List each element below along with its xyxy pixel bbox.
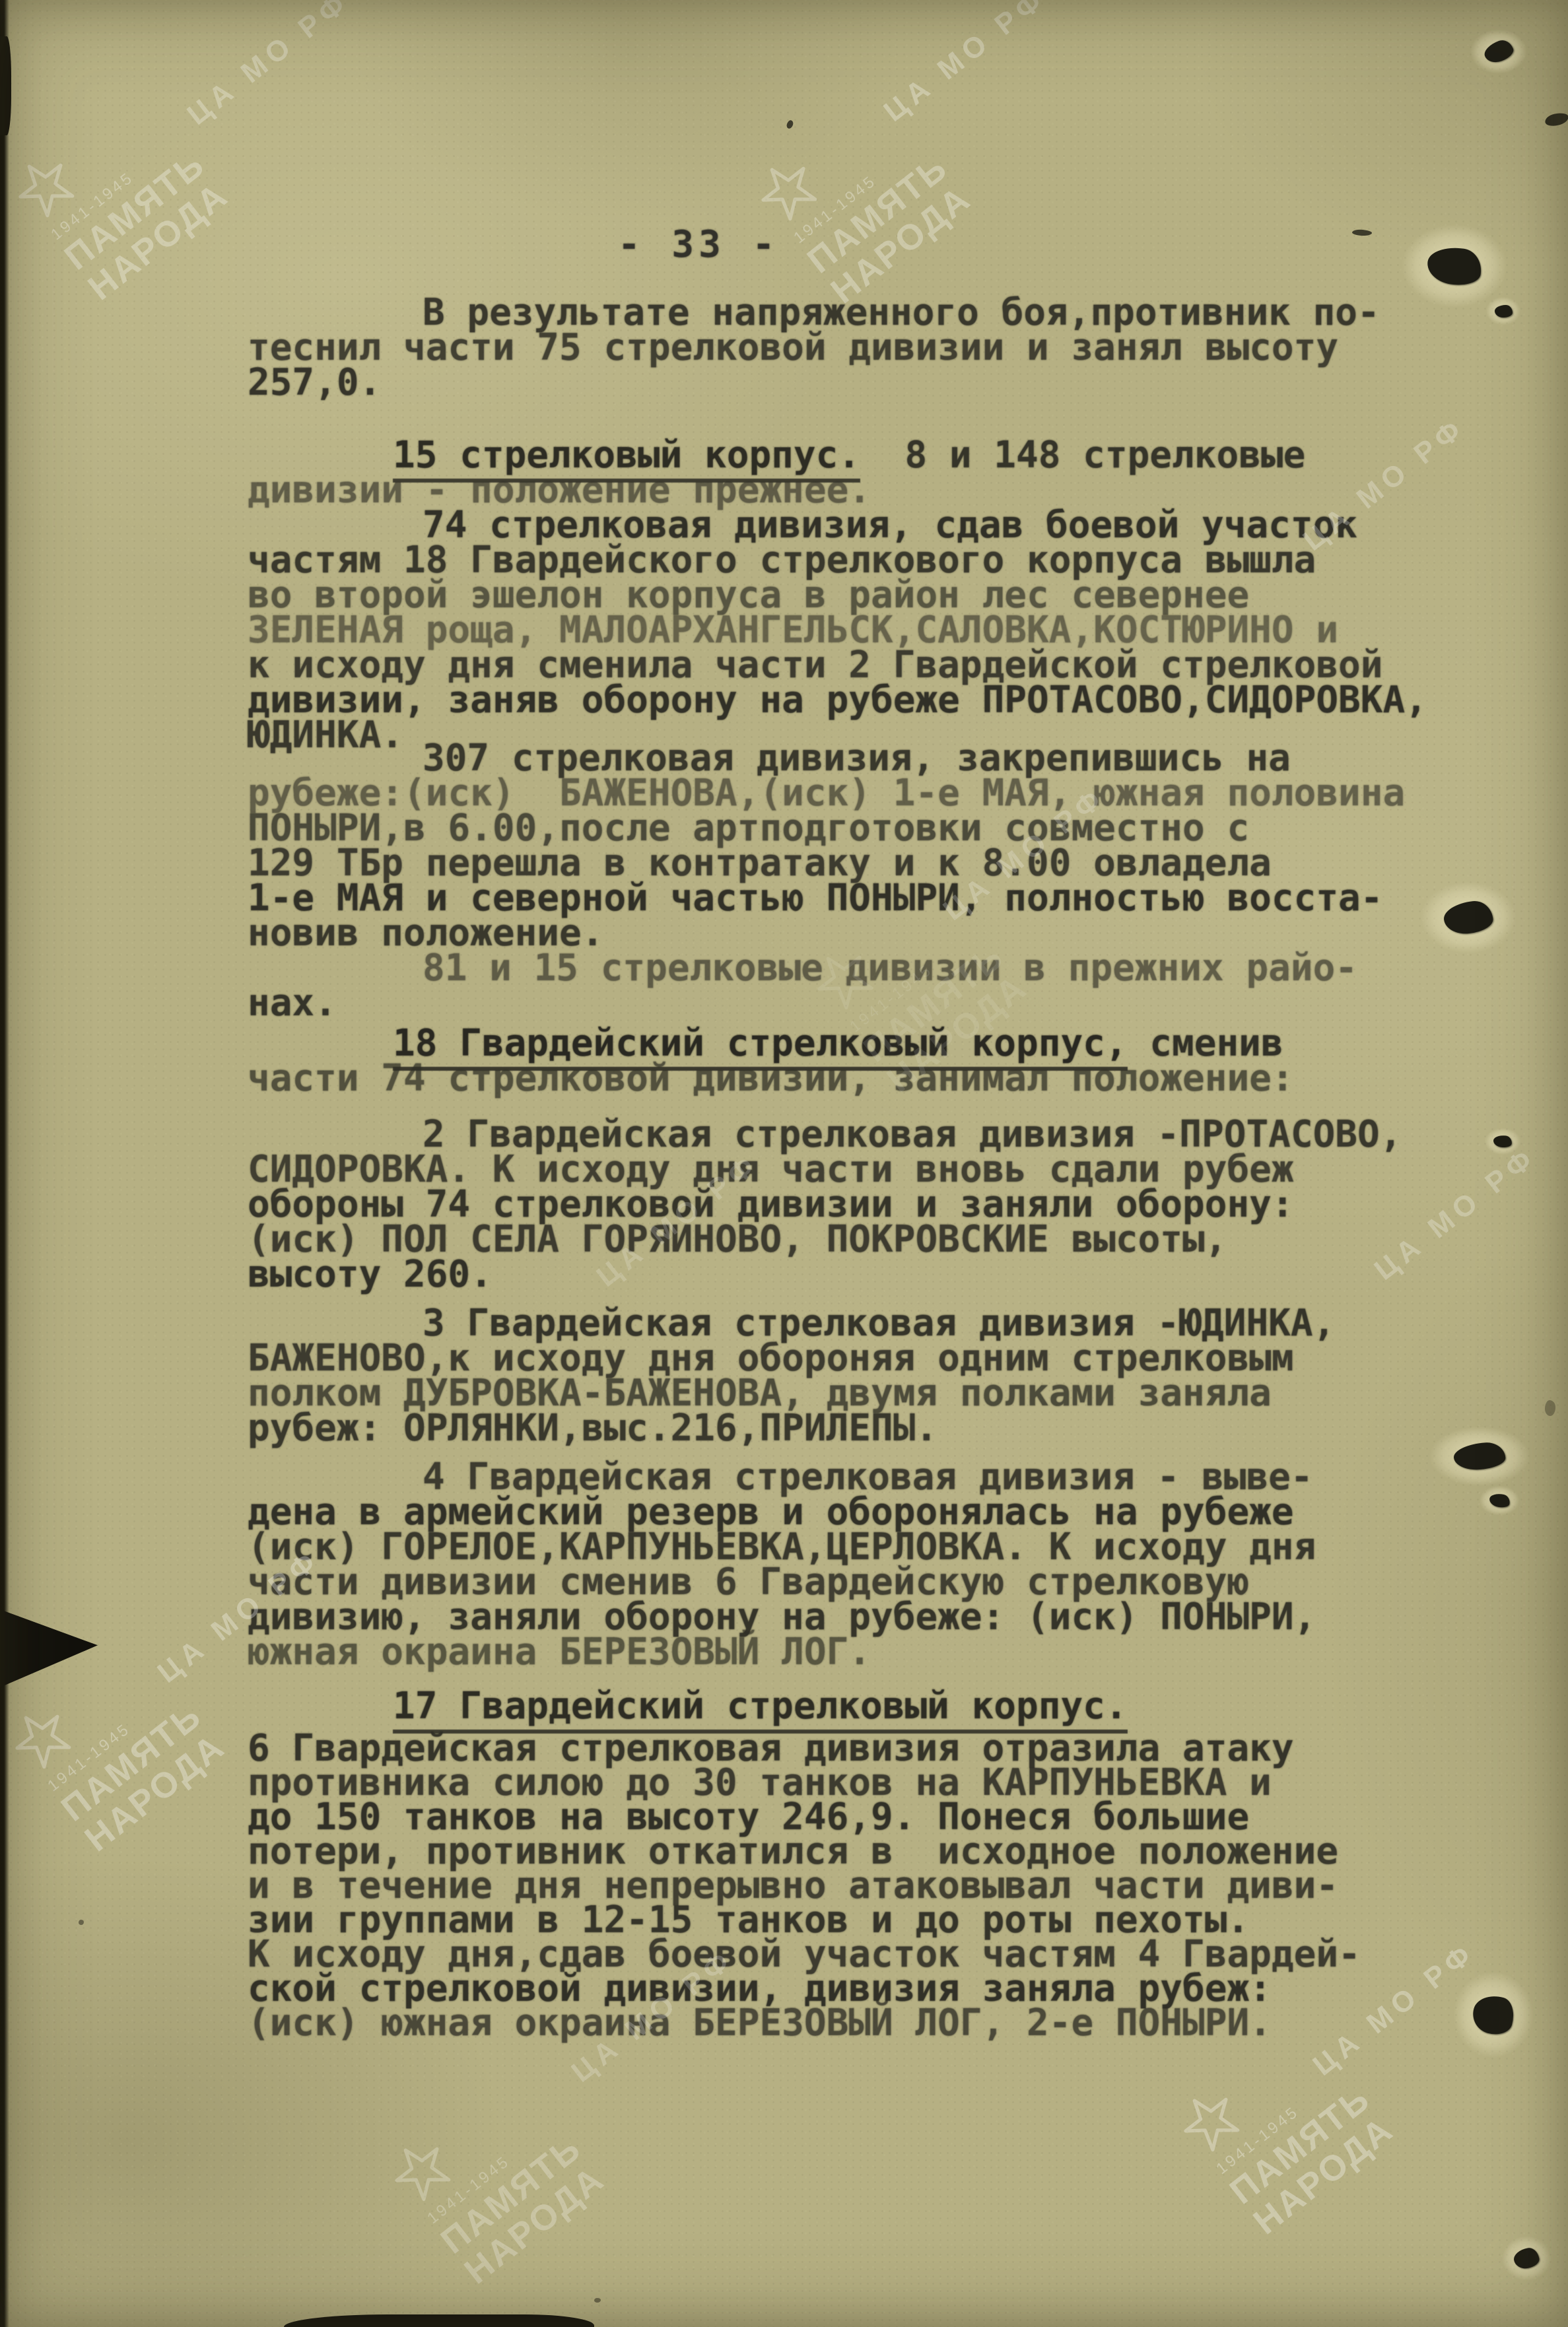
para-3rd-guards-division-line-3: полком ДУБРОВКА-БАЖЕНОВА, двумя полками …	[248, 1376, 1476, 1411]
document-text: В результате напряженного боя,противник …	[0, 0, 1568, 2327]
para-2nd-guards-division: 2 Гвардейская стрелковая дивизия -ПРОТАС…	[248, 1117, 1476, 1292]
para-74th-rifle-division: 74 стрелковая дивизия, сдав боевой участ…	[248, 508, 1476, 753]
para-15th-rifle-corps-heading-line-1: 15 стрелковый корпус. 8 и 148 стрелковые	[248, 438, 1476, 473]
para-17th-guards-corps-heading-line-1: 17 Гвардейский стрелковый корпус.	[248, 1689, 1476, 1724]
para-81st-15th-divisions-line-2: нах.	[248, 986, 1476, 1021]
para-307th-rifle-division: 307 стрелковая дивизия, закрепившись нар…	[248, 741, 1476, 951]
para-intro-line-2: теснил части 75 стрелковой дивизии и зан…	[248, 330, 1476, 365]
para-307th-rifle-division-line-1: 307 стрелковая дивизия, закрепившись на	[248, 741, 1476, 776]
para-307th-rifle-division-line-2: рубеже:(иск) БАЖЕНОВА,(иск) 1-е МАЯ, южн…	[248, 776, 1476, 811]
para-74th-rifle-division-line-4: ЗЕЛЕНАЯ роща, МАЛОАРХАНГЕЛЬСК,САЛОВКА,КО…	[248, 613, 1476, 648]
para-74th-rifle-division-line-3: во второй эшелон корпуса в район лес сев…	[248, 578, 1476, 613]
para-intro-line-3: 257,0.	[248, 365, 1476, 400]
scanned-document-page: ЦА МО РФЦА МО РФЦА МО РФЦА МО РФЦА МО РФ…	[0, 0, 1568, 2327]
para-307th-rifle-division-line-4: 129 ТБр перешла в контратаку и к 8.00 ов…	[248, 846, 1476, 881]
para-4th-guards-division-line-6: южная окраина БЕРЕЗОВЫЙ ЛОГ.	[248, 1635, 1476, 1669]
para-2nd-guards-division-line-4: (иск) ПОЛ СЕЛА ГОРЯИНОВО, ПОКРОВСКИЕ выс…	[248, 1222, 1476, 1257]
para-2nd-guards-division-line-2: СИДОРОВКА. К исходу дня части вновь сдал…	[248, 1152, 1476, 1187]
para-4th-guards-division-line-5: дивизию, заняли оборону на рубеже: (иск)…	[248, 1600, 1476, 1635]
para-intro: В результате напряженного боя,противник …	[248, 295, 1476, 400]
para-74th-rifle-division-line-6: дивизии, заняв оборону на рубеже ПРОТАСО…	[248, 683, 1476, 718]
para-18th-guards-corps-heading: 18 Гвардейский стрелковый корпус, сменив…	[248, 1026, 1476, 1096]
para-6th-guards-division-line-9: (иск) южная окраина БЕРЕЗОВЫЙ ЛОГ, 2-е П…	[248, 2006, 1476, 2040]
para-17th-guards-corps-heading: 17 Гвардейский стрелковый корпус.	[248, 1689, 1476, 1724]
para-3rd-guards-division: 3 Гвардейская стрелковая дивизия -ЮДИНКА…	[248, 1306, 1476, 1446]
para-4th-guards-division: 4 Гвардейская стрелковая дивизия - выве-…	[248, 1460, 1476, 1669]
para-74th-rifle-division-line-5: к исходу дня сменила части 2 Гвардейской…	[248, 648, 1476, 683]
para-18th-guards-corps-heading-line-2: части 74 стрелковой дивизии, занимал пол…	[248, 1061, 1476, 1096]
para-2nd-guards-division-line-3: обороны 74 стрелковой дивизии и заняли о…	[248, 1187, 1476, 1222]
para-18th-guards-corps-heading-line-1: 18 Гвардейский стрелковый корпус, сменив	[248, 1026, 1476, 1061]
para-4th-guards-division-line-1: 4 Гвардейская стрелковая дивизия - выве-	[248, 1460, 1476, 1495]
para-15th-rifle-corps-heading-line-2: дивизии - положение прежнее.	[248, 473, 1476, 508]
para-3rd-guards-division-line-4: рубеж: ОРЛЯНКИ,выс.216,ПРИЛЕПЫ.	[248, 1411, 1476, 1446]
para-2nd-guards-division-line-5: высоту 260.	[248, 1257, 1476, 1292]
para-6th-guards-division: 6 Гвардейская стрелковая дивизия отразил…	[248, 1732, 1476, 2040]
para-4th-guards-division-line-2: дена в армейский резерв и оборонялась на…	[248, 1495, 1476, 1530]
para-307th-rifle-division-line-6: новив положение.	[248, 916, 1476, 951]
para-74th-rifle-division-line-2: частям 18 Гвардейского стрелкового корпу…	[248, 543, 1476, 578]
para-81st-15th-divisions: 81 и 15 стрелковые дивизии в прежних рай…	[248, 951, 1476, 1021]
para-2nd-guards-division-line-1: 2 Гвардейская стрелковая дивизия -ПРОТАС…	[248, 1117, 1476, 1152]
para-3rd-guards-division-line-2: БАЖЕНОВО,к исходу дня обороняя одним стр…	[248, 1341, 1476, 1376]
para-307th-rifle-division-line-5: 1-е МАЯ и северной частью ПОНЫРИ, полнос…	[248, 881, 1476, 916]
para-4th-guards-division-line-3: (иск) ГОРЕЛОЕ,КАРПУНЬЕВКА,ЦЕРЛОВКА. К ис…	[248, 1530, 1476, 1565]
para-intro-line-1: В результате напряженного боя,противник …	[248, 295, 1476, 330]
para-3rd-guards-division-line-1: 3 Гвардейская стрелковая дивизия -ЮДИНКА…	[248, 1306, 1476, 1341]
para-74th-rifle-division-line-1: 74 стрелковая дивизия, сдав боевой участ…	[248, 508, 1476, 543]
para-307th-rifle-division-line-3: ПОНЫРИ,в 6.00,после артподготовки совмес…	[248, 811, 1476, 846]
para-81st-15th-divisions-line-1: 81 и 15 стрелковые дивизии в прежних рай…	[248, 951, 1476, 986]
para-15th-rifle-corps-heading: 15 стрелковый корпус. 8 и 148 стрелковые…	[248, 438, 1476, 508]
para-4th-guards-division-line-4: части дивизии сменив 6 Гвардейскую стрел…	[248, 1565, 1476, 1600]
